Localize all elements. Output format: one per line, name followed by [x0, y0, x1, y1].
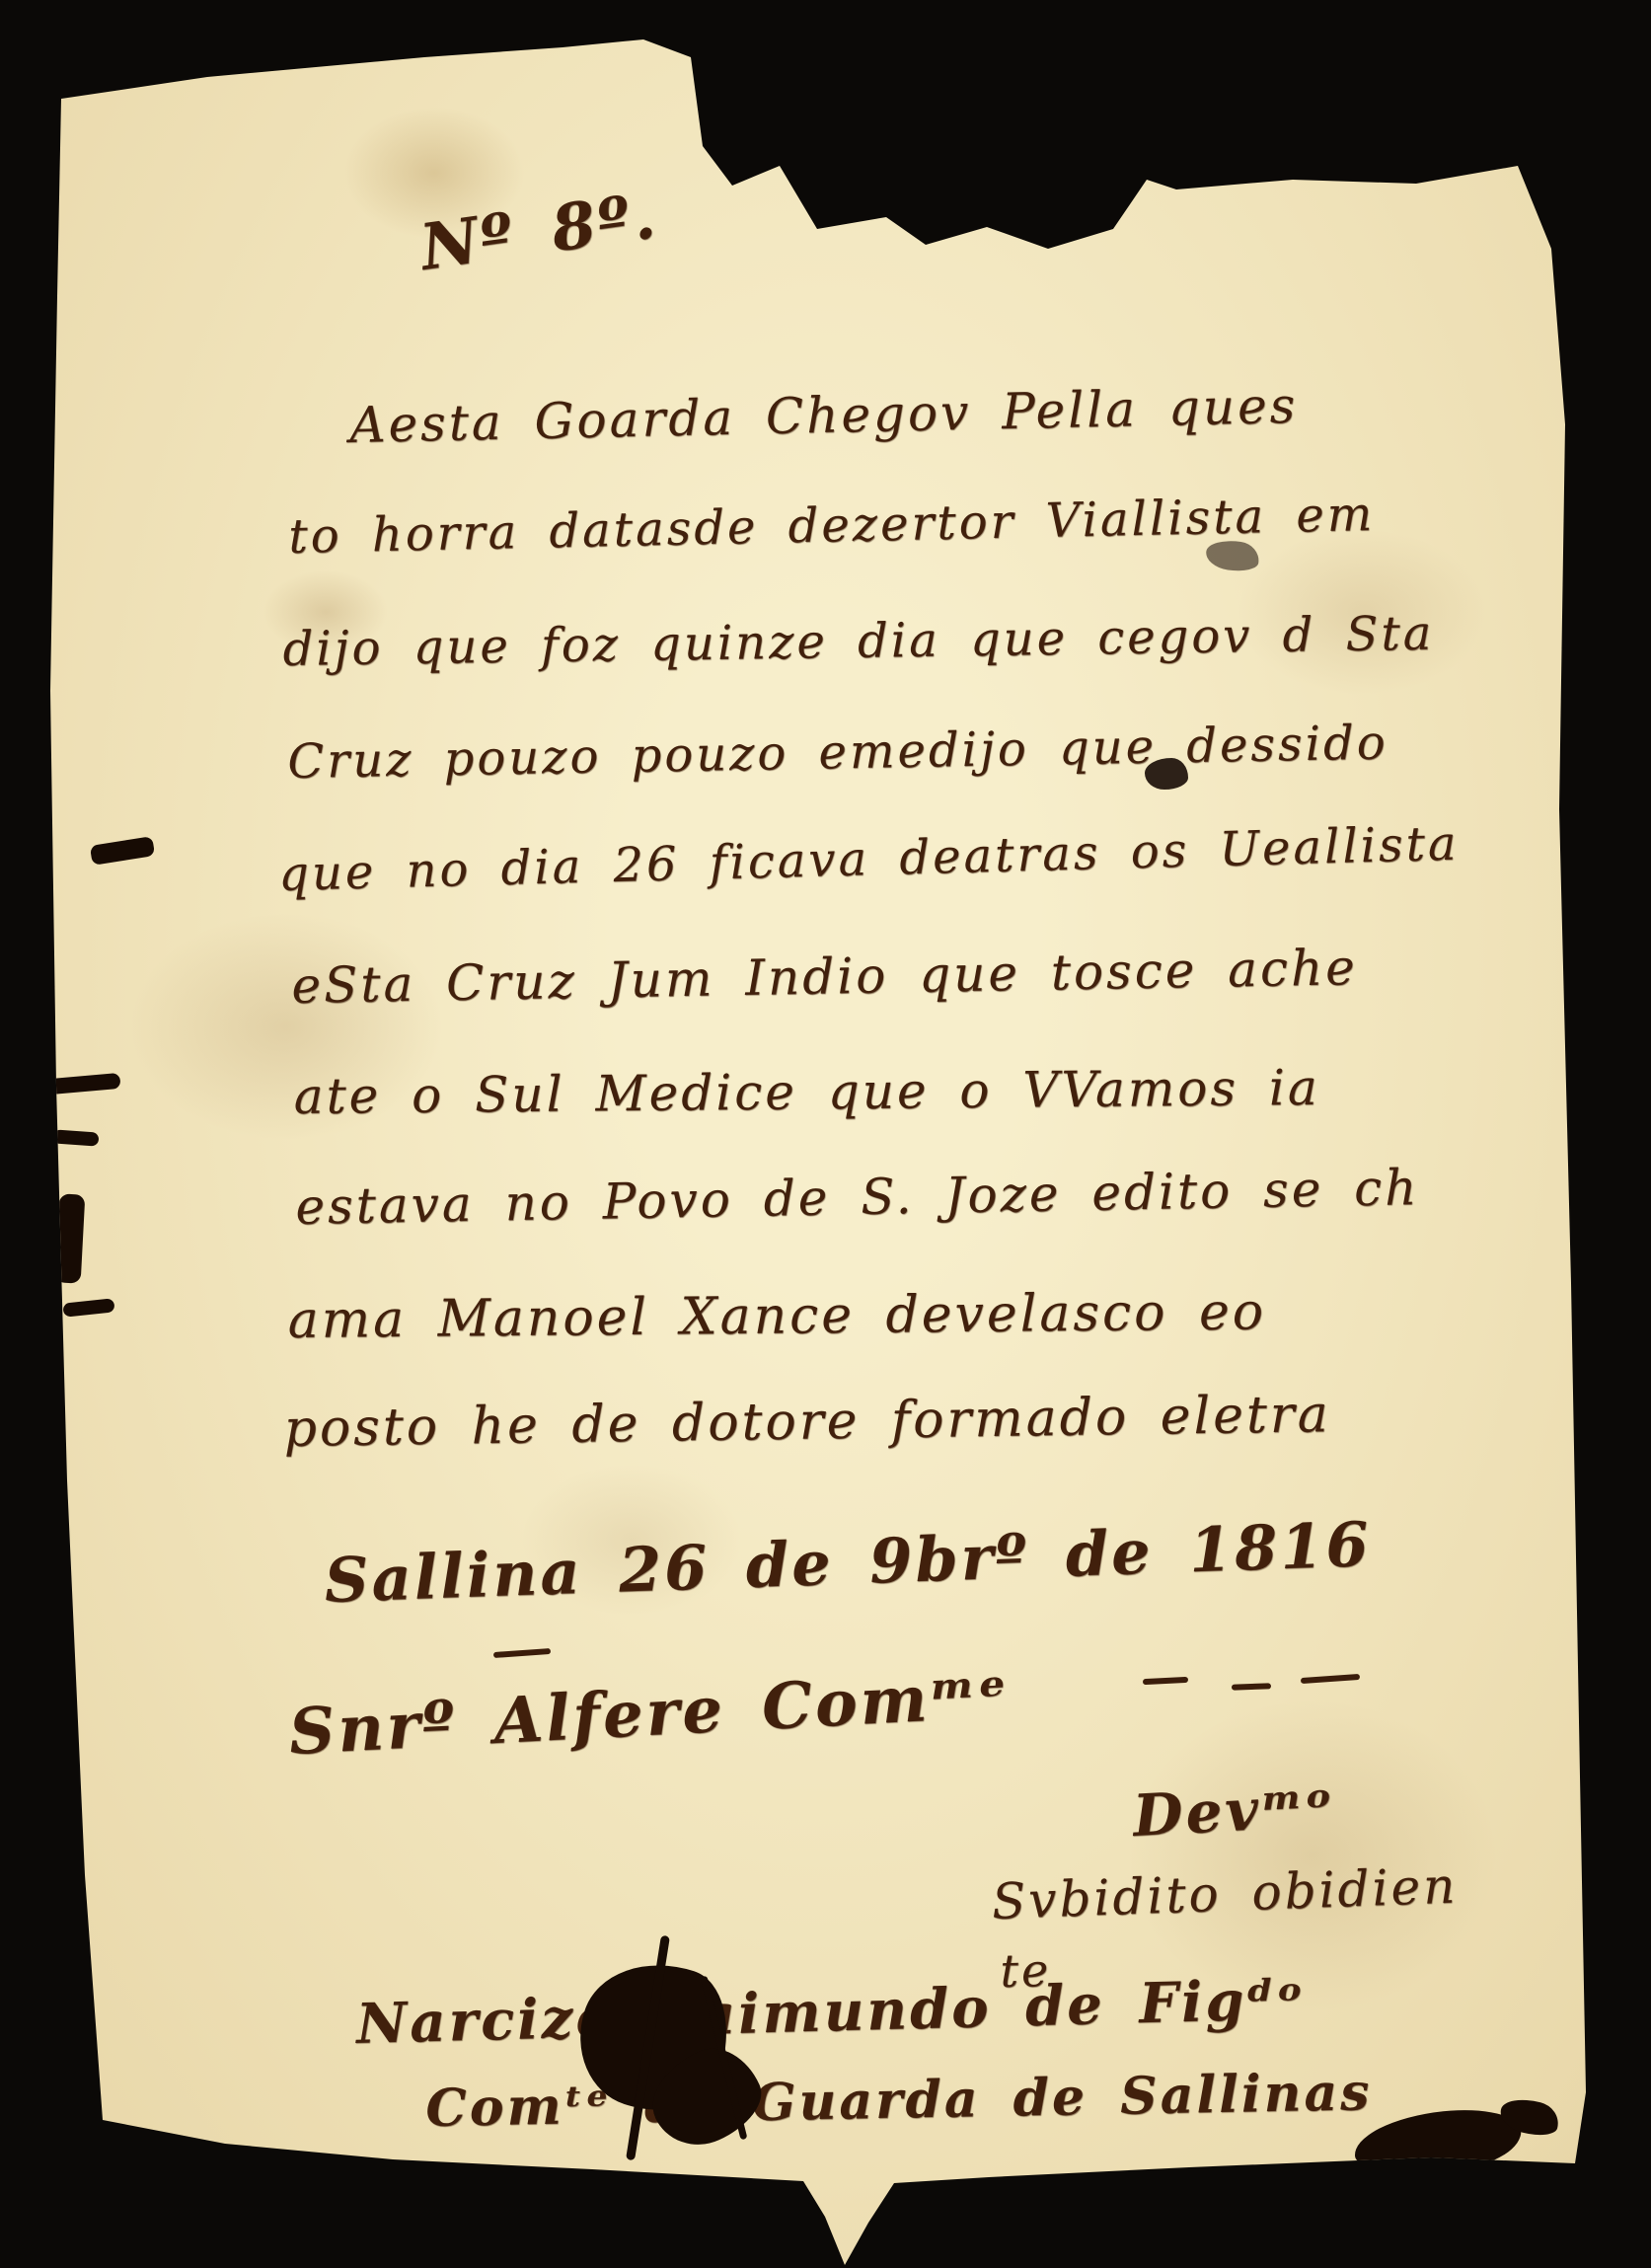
margin-mark-3: [53, 1129, 100, 1146]
letter-line-9: ama Manoel Xance develasco eo: [287, 1282, 1266, 1350]
date-line: Sallina 26 de 9brº de 1816: [323, 1508, 1372, 1617]
letter-line-3: dijo que foz quinze dia que cegov d Sta: [282, 606, 1434, 677]
letter-line-10: posto he de dotore formado eletra: [283, 1385, 1331, 1459]
underline-flourish-1816-c: [1301, 1674, 1360, 1684]
margin-mark-1: [90, 836, 155, 866]
addressee-line: Snrº Alfere Comᵐᵉ: [287, 1658, 1012, 1770]
ink-blot-bottom-right: [1351, 2103, 1524, 2179]
letter-line-6: eSta Cruz Jum Indio que tosce ache: [291, 939, 1358, 1015]
valediction-line-1: Devᵐᵒ: [1131, 1772, 1337, 1850]
document-number: Nº 8º.: [416, 179, 663, 285]
underline-flourish-1816-a: [1143, 1677, 1188, 1685]
top-fragment-text: Dn: [835, 133, 934, 215]
margin-mark-4: [55, 1193, 86, 1283]
scan-background: Dn Nº 8º. Aesta Goarda Chegov Pella ques…: [0, 0, 1651, 2268]
letter-line-5: que no dia 26 ficava deatras os Ueallist…: [278, 816, 1461, 902]
underline-flourish-26: [493, 1648, 551, 1658]
margin-mark-2: [48, 1073, 120, 1095]
letter-line-4: Cruz pouzo pouzo emedijo que dessido: [287, 716, 1388, 790]
letter-line-1: Aesta Goarda Chegov Pella ques: [349, 377, 1299, 454]
valediction-line-2: Svbidito obidien: [991, 1857, 1459, 1930]
ink-blot-line4: [1145, 758, 1188, 790]
signature-title: Comᵗᵉ da Guarda de Sallinas: [425, 2062, 1373, 2139]
letter-line-7: ate o Sul Medice que o VVamos ia: [293, 1059, 1319, 1125]
signature-name: Narcizo Raimundo de Figᵈᵒ: [355, 1967, 1307, 2057]
margin-mark-5: [62, 1298, 114, 1317]
paper-sheet: Dn Nº 8º. Aesta Goarda Chegov Pella ques…: [0, 0, 1651, 2268]
letter-line-8: estava no Povo de S. Joze edito se ch: [295, 1159, 1420, 1236]
underline-flourish-1816-b: [1232, 1683, 1271, 1690]
